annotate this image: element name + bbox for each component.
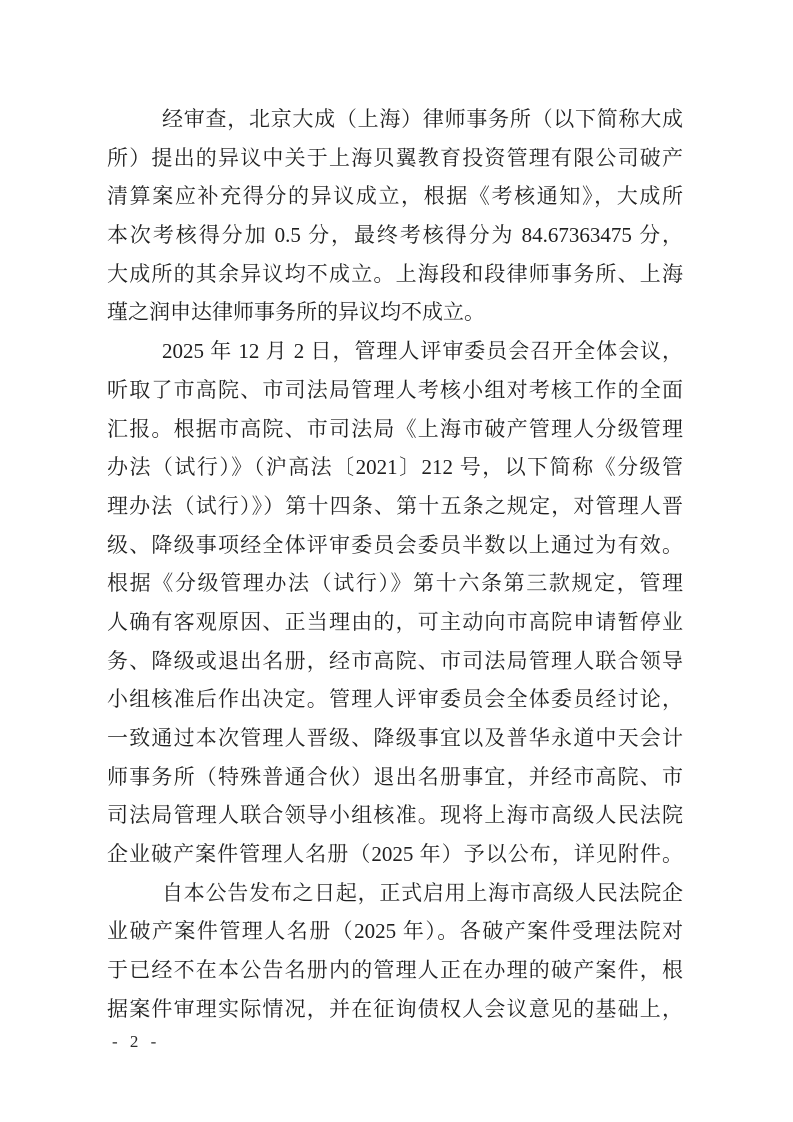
text-line: 小组核准后作出决定。管理人评审委员会全体委员经讨论， xyxy=(107,680,683,719)
text-line: 根据《分级管理办法（试行）》第十六条第三款规定，管理 xyxy=(107,564,683,603)
text-line: 于已经不在本公告名册内的管理人正在办理的破产案件，根 xyxy=(107,951,683,990)
text-line: 理办法（试行）》）第十四条、第十五条之规定，对管理人晋 xyxy=(107,487,683,526)
text-line: 所）提出的异议中关于上海贝翼教育投资管理有限公司破产 xyxy=(107,139,683,178)
text-line: 师事务所（特殊普通合伙）退出名册事宜，并经市高院、市 xyxy=(107,758,683,797)
paragraph-3: 自本公告发布之日起，正式启用上海市高级人民法院企 业破产案件管理人名册（2025… xyxy=(107,874,683,1029)
paragraph-1: 经审查，北京大成（上海）律师事务所（以下简称大成 所）提出的异议中关于上海贝翼教… xyxy=(107,100,683,332)
text-line: 人确有客观原因、正当理由的，可主动向市高院申请暂停业 xyxy=(107,603,683,642)
document-body: 经审查，北京大成（上海）律师事务所（以下简称大成 所）提出的异议中关于上海贝翼教… xyxy=(107,100,683,1029)
text-line: 经审查，北京大成（上海）律师事务所（以下简称大成 xyxy=(107,100,683,139)
text-line: 级、降级事项经全体评审委员会委员半数以上通过为有效。 xyxy=(107,526,683,565)
text-line: 业破产案件管理人名册（2025 年）。各破产案件受理法院对 xyxy=(107,912,683,951)
text-line: 大成所的其余异议均不成立。上海段和段律师事务所、上海 xyxy=(107,255,683,294)
text-line: 清算案应补充得分的异议成立，根据《考核通知》，大成所 xyxy=(107,177,683,216)
text-line: 一致通过本次管理人晋级、降级事宜以及普华永道中天会计 xyxy=(107,719,683,758)
text-line: 听取了市高院、市司法局管理人考核小组对考核工作的全面 xyxy=(107,371,683,410)
page-number: - 2 - xyxy=(112,1030,160,1054)
text-line: 据案件审理实际情况，并在征询债权人会议意见的基础上， xyxy=(107,990,683,1029)
paragraph-2: 2025 年 12 月 2 日，管理人评审委员会召开全体会议， 听取了市高院、市… xyxy=(107,332,683,874)
text-line: 办法（试行）》（沪高法〔2021〕212 号，以下简称《分级管 xyxy=(107,448,683,487)
text-line: 企业破产案件管理人名册（2025 年）予以公布，详见附件。 xyxy=(107,835,683,874)
text-line: 司法局管理人联合领导小组核准。现将上海市高级人民法院 xyxy=(107,796,683,835)
text-line: 瑾之润申达律师事务所的异议均不成立。 xyxy=(107,293,683,332)
text-line: 汇报。根据市高院、市司法局《上海市破产管理人分级管理 xyxy=(107,410,683,449)
text-line: 务、降级或退出名册，经市高院、市司法局管理人联合领导 xyxy=(107,642,683,681)
document-page: 经审查，北京大成（上海）律师事务所（以下简称大成 所）提出的异议中关于上海贝翼教… xyxy=(0,0,793,1122)
text-line: 自本公告发布之日起，正式启用上海市高级人民法院企 xyxy=(107,874,683,913)
text-line: 2025 年 12 月 2 日，管理人评审委员会召开全体会议， xyxy=(107,332,683,371)
text-line: 本次考核得分加 0.5 分，最终考核得分为 84.67363475 分， xyxy=(107,216,683,255)
